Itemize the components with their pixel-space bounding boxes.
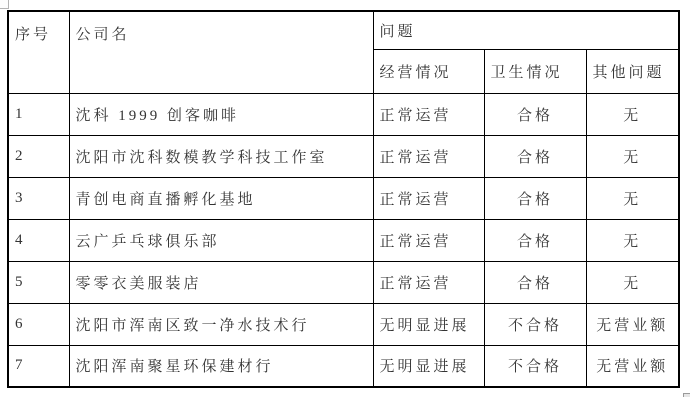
table-row: 1 沈科 1999 创客咖啡 正常运营 合格 无 bbox=[8, 93, 679, 135]
document-page: { "page": { "background": "#ffffff", "bo… bbox=[0, 0, 690, 397]
table-row: 7 沈阳浑南聚星环保建材行 无明显进展 不合格 无营业额 bbox=[8, 345, 679, 387]
cell-hygiene: 合格 bbox=[484, 219, 586, 261]
cell-company: 零零衣美服装店 bbox=[69, 261, 373, 303]
cell-company: 沈阳市浑南区致一净水技术行 bbox=[69, 303, 373, 345]
cell-no: 1 bbox=[8, 93, 69, 135]
table-row: 5 零零衣美服装店 正常运营 合格 无 bbox=[8, 261, 679, 303]
cell-no: 5 bbox=[8, 261, 69, 303]
table-row: 2 沈阳市沈科数模教学科技工作室 正常运营 合格 无 bbox=[8, 135, 679, 177]
header-hygiene: 卫生情况 bbox=[484, 49, 586, 93]
cell-other: 无 bbox=[586, 177, 679, 219]
cell-other: 无 bbox=[586, 93, 679, 135]
cell-no: 6 bbox=[8, 303, 69, 345]
cell-hygiene: 合格 bbox=[484, 261, 586, 303]
cell-no: 3 bbox=[8, 177, 69, 219]
cell-operation: 正常运营 bbox=[373, 93, 484, 135]
table-resize-handle[interactable] bbox=[683, 393, 690, 397]
cell-other: 无 bbox=[586, 219, 679, 261]
cell-company: 云广乒乓球俱乐部 bbox=[69, 219, 373, 261]
cell-no: 2 bbox=[8, 135, 69, 177]
cell-other: 无 bbox=[586, 261, 679, 303]
cell-other: 无营业额 bbox=[586, 303, 679, 345]
cell-operation: 正常运营 bbox=[373, 135, 484, 177]
cell-no: 7 bbox=[8, 345, 69, 387]
cell-operation: 无明显进展 bbox=[373, 303, 484, 345]
cell-operation: 正常运营 bbox=[373, 261, 484, 303]
inspection-table: 序号 公司名 问题 经营情况 卫生情况 其他问题 1 沈科 1999 创客咖啡 … bbox=[7, 10, 680, 388]
header-problem: 问题 bbox=[373, 11, 679, 49]
cell-hygiene: 合格 bbox=[484, 177, 586, 219]
cell-company: 沈阳市沈科数模教学科技工作室 bbox=[69, 135, 373, 177]
header-row-1: 序号 公司名 问题 bbox=[8, 11, 679, 49]
header-no: 序号 bbox=[8, 11, 69, 93]
cell-hygiene: 合格 bbox=[484, 135, 586, 177]
table-row: 3 青创电商直播孵化基地 正常运营 合格 无 bbox=[8, 177, 679, 219]
header-other: 其他问题 bbox=[586, 49, 679, 93]
cell-operation: 正常运营 bbox=[373, 219, 484, 261]
cell-hygiene: 不合格 bbox=[484, 303, 586, 345]
table-row: 6 沈阳市浑南区致一净水技术行 无明显进展 不合格 无营业额 bbox=[8, 303, 679, 345]
table-row: 4 云广乒乓球俱乐部 正常运营 合格 无 bbox=[8, 219, 679, 261]
header-operation: 经营情况 bbox=[373, 49, 484, 93]
cell-company: 青创电商直播孵化基地 bbox=[69, 177, 373, 219]
cell-hygiene: 不合格 bbox=[484, 345, 586, 387]
cell-company: 沈阳浑南聚星环保建材行 bbox=[69, 345, 373, 387]
cell-operation: 无明显进展 bbox=[373, 345, 484, 387]
cell-other: 无 bbox=[586, 135, 679, 177]
cell-company: 沈科 1999 创客咖啡 bbox=[69, 93, 373, 135]
cell-other: 无营业额 bbox=[586, 345, 679, 387]
cell-no: 4 bbox=[8, 219, 69, 261]
table-move-handle[interactable] bbox=[0, 0, 9, 9]
cell-operation: 正常运营 bbox=[373, 177, 484, 219]
header-company: 公司名 bbox=[69, 11, 373, 93]
cell-hygiene: 合格 bbox=[484, 93, 586, 135]
